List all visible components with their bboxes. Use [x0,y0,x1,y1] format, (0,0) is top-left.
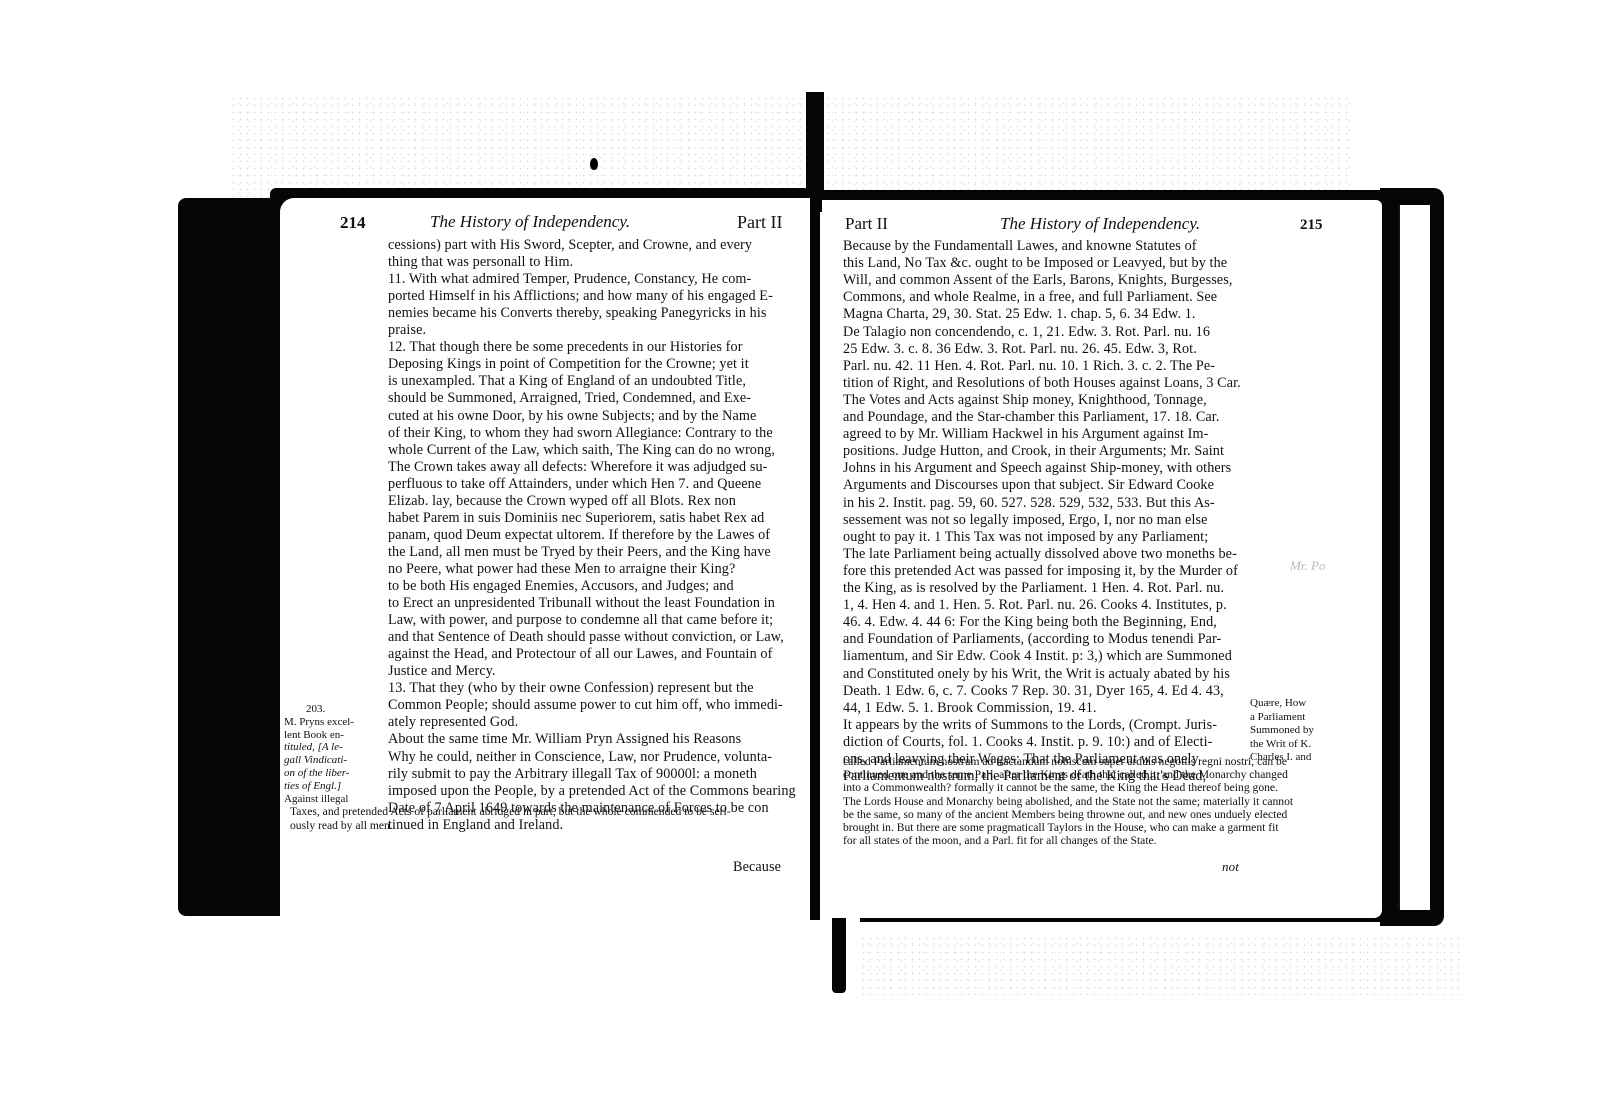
text-line: tinued in England and Ireland. [388,816,563,834]
text-line: Quære, How [1250,697,1306,710]
text-line: Summoned by [1250,724,1314,737]
text-line: Why he could, neither in Conscience, Law… [388,748,772,766]
text-line: and Poundage, and the Star-chamber this … [843,408,1219,426]
text-line: Against illegal [284,793,348,806]
text-line: M. Pryns excel- [284,716,354,729]
text-line: 1, 4. Hen 4. and 1. Hen. 5. Rot. Parl. n… [843,596,1227,614]
text-line: into a Commonwealth? formally it cannot … [843,781,1278,794]
text-line: Johns in his Argument and Speech against… [843,459,1231,477]
text-line: perfluous to take off Attainders, under … [388,475,761,493]
text-line: About the same time Mr. William Pryn Ass… [388,730,741,748]
right-catchword: not [1222,858,1239,876]
text-line: cessions) part with His Sword, Scepter, … [388,236,752,254]
text-line: ately represented God. [388,713,518,731]
text-line: is unexampled. That a King of England of… [388,372,746,390]
text-line: 11. With what admired Temper, Prudence, … [388,270,751,288]
text-line: tition of Right, and Resolutions of both… [843,374,1241,392]
text-line: Because by the Fundamentall Lawes, and k… [843,237,1197,255]
text-line: continued one and the same Parl. after t… [843,768,1288,781]
text-line: diction of Courts, fol. 1. Cooks 4. Inst… [843,733,1212,751]
text-line: be the same, so many of the ancient Memb… [843,808,1287,821]
text-line: lent Book en- [284,729,344,742]
text-line: ously read by all men. [290,819,393,832]
text-line: the Writ of K. [1250,738,1311,751]
text-line: brought in. But there are some pragmatic… [843,821,1279,834]
text-line: 44, 1 Edw. 5. 1. Brook Commission, 19. 4… [843,699,1097,717]
text-line: Commons, and whole Realme, in a free, an… [843,288,1217,306]
text-line: Law, with power, and purpose to condemne… [388,611,773,629]
left-catchword: Because [733,858,781,876]
book-spine-bottom [832,918,846,993]
text-line: whole Current of the Law, which saith, T… [388,441,775,459]
text-line: to be both His engaged Enemies, Accusors… [388,577,734,595]
text-line: 12. That though there be some precedents… [388,338,743,356]
text-line: fore this pretended Act was passed for i… [843,562,1238,580]
text-line: liamentum, and Sir Edw. Cook 4 Instit. p… [843,647,1232,665]
text-line: The Votes and Acts against Ship money, K… [843,391,1207,409]
book-cover-left [178,198,288,916]
text-line: Elizab. lay, because the Crown wyped off… [388,492,736,510]
text-line: Justice and Mercy. [388,662,496,680]
text-line: habet Parem in suis Dominiis nec Superio… [388,509,764,527]
text-line: The Crown takes away all defects: Wheref… [388,458,768,476]
text-line: nemies became his Converts thereby, spea… [388,304,767,322]
text-line: cuted at his owne Door, by his owne Subj… [388,407,756,425]
text-line: and Foundation of Parliaments, (accordin… [843,630,1221,648]
text-line: should be Summoned, Arraigned, Tried, Co… [388,389,751,407]
left-page-number: 214 [340,213,366,233]
text-line: and Constituted onely by his Writ, the W… [843,665,1230,683]
text-line: on of the liber- [284,767,349,780]
text-line: ought to pay it. 1 This Tax was not impo… [843,528,1208,546]
right-page-number: 215 [1300,217,1323,234]
text-line: The Lords House and Monarchy being aboli… [843,795,1293,808]
text-line: 203. [306,703,325,716]
text-line: tituled, [A le- [284,741,343,754]
text-line: Magna Charta, 29, 30. Stat. 25 Edw. 1. c… [843,305,1196,323]
text-line: the Land, all men must be Tryed by their… [388,543,771,561]
text-line: Arguments and Discourses upon that subje… [843,476,1214,494]
text-line: agreed to by Mr. William Hackwel in his … [843,425,1208,443]
text-line: Parl. nu. 42. 11 Hen. 4. Rot. Parl. nu. … [843,357,1215,375]
text-line: of their King, to whom they had sworn Al… [388,424,773,442]
text-line: Deposing Kings in point of Competition f… [388,355,749,373]
text-line: ported Himself in his Afflictions; and h… [388,287,773,305]
text-line: sessement was not so legally imposed, Er… [843,511,1208,529]
text-line: positions. Judge Hutton, and Crook, in t… [843,442,1224,460]
text-line: 46. 4. Edw. 4. 44 6: For the King being … [843,613,1217,631]
stray-mark: Mr. Po [1290,558,1325,574]
text-line: gall Vindicati- [284,754,347,767]
text-line: De Talagio non concendendo, c. 1, 21. Ed… [843,323,1210,341]
text-line: in his 2. Instit. pag. 59, 60. 527. 528.… [843,494,1215,512]
text-line: It appears by the writs of Summons to th… [843,716,1217,734]
text-line: this Land, No Tax &c. ought to be Impose… [843,254,1227,272]
text-line: rily submit to pay the Arbitrary illegal… [388,765,757,783]
text-line: called Parliamentum nostrum ad tractandu… [843,755,1287,768]
text-line: The late Parliament being actually disso… [843,545,1237,563]
text-line: praise. [388,321,426,339]
text-line: a Parliament [1250,711,1305,724]
ink-blot [590,158,598,170]
text-line: ties of Engl.] [284,780,341,793]
text-line: to Erect an unpresidented Tribunall with… [388,594,775,612]
right-page-fore-edge [1398,205,1430,910]
text-line: no Peere, what power had these Men to ar… [388,560,735,578]
text-line: Death. 1 Edw. 6, c. 7. Cooks 7 Rep. 30. … [843,682,1224,700]
text-line: thing that was personall to Him. [388,253,573,271]
scan-noise-bottom [860,935,1460,995]
text-line: Taxes, and pretended Acts of parliament … [290,805,731,818]
text-line: Common People; should assume power to cu… [388,696,783,714]
text-line: panam, quod Deum expectat ultorem. If th… [388,526,770,544]
text-line: the King, as is resolved by the Parliame… [843,579,1224,597]
left-running-title: The History of Independency. [430,212,630,232]
text-line: Charles I. and [1250,751,1311,764]
text-line: for all states of the moon, and a Parl. … [843,834,1157,847]
right-running-title: The History of Independency. [1000,214,1200,234]
text-line: 25 Edw. 3. c. 8. 36 Edw. 3. Rot. Parl. n… [843,340,1197,358]
text-line: imposed upon the People, by a pretended … [388,782,796,800]
text-line: Will, and common Assent of the Earls, Ba… [843,271,1232,289]
text-line: against the Head, and Protectour of all … [388,645,772,663]
text-line: 13. That they (who by their owne Confess… [388,679,754,697]
left-part-label: Part II [737,212,782,233]
text-line: and that Sentence of Death should passe … [388,628,784,646]
right-part-label: Part II [845,214,888,234]
